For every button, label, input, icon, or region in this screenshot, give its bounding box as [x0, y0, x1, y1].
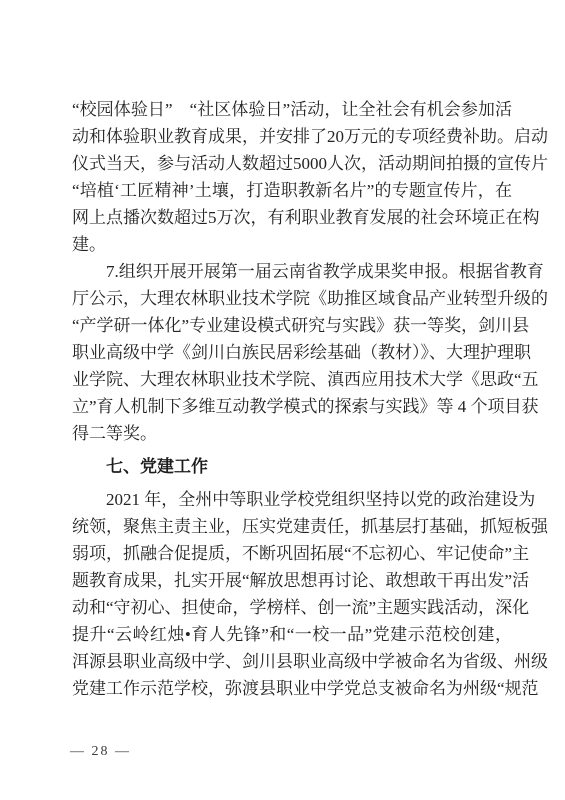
para3-line: 题教育成果，扎实开展“解放思想再讨论、敢想敢干再出发”活: [72, 567, 512, 594]
para2-line: 得二等奖。: [72, 420, 512, 447]
para2-line: 7.组织开展开展第一届云南省教学成果奖申报。根据省教育: [72, 258, 512, 285]
para1-line: 仪式当天，参与活动人数超过5000人次，活动期间拍摄的宣传片: [72, 150, 512, 177]
para2-line: 立”育人机制下多维互动教学模式的探索与实践》等 4 个项目获: [72, 393, 512, 420]
para1-line: 动和体验职业教育成果，并安排了20万元的专项经费补助。启动: [72, 123, 512, 150]
para3-line: 统领，聚焦主责主业，压实党建责任，抓基层打基础，抓短板强: [72, 513, 512, 540]
para1-line: 建。: [72, 231, 512, 258]
document-page: “校园体验日” “社区体验日”活动，让全社会有机会参加活 动和体验职业教育成果，…: [0, 0, 565, 800]
para2-line: 职业高级中学《剑川白族民居彩绘基础（教材）》、大理护理职: [72, 339, 512, 366]
para2-line: 业学院、大理农林职业技术学院、滇西应用技术大学《思政“五: [72, 366, 512, 393]
para3-line: 党建工作示范学校，弥渡县职业中学党总支被命名为州级“规范: [72, 675, 512, 702]
document-body: “校园体验日” “社区体验日”活动，让全社会有机会参加活 动和体验职业教育成果，…: [72, 96, 512, 702]
para3-line: 提升“云岭红烛•育人先锋”和“一校一品”党建示范校创建，: [72, 621, 512, 648]
page-number: — 28 —: [70, 742, 131, 762]
para1-line: 网上点播次数超过5万次，有利职业教育发展的社会环境正在构: [72, 204, 512, 231]
para1-line: “校园体验日” “社区体验日”活动，让全社会有机会参加活: [72, 96, 512, 123]
para3-line: 弱项，抓融合促提质，不断巩固拓展“不忘初心、牢记使命”主: [72, 540, 512, 567]
para3-line: 2021 年，全州中等职业学校党组织坚持以党的政治建设为: [72, 486, 512, 513]
para3-line: 动和“守初心、担使命，学榜样、创一流”主题实践活动，深化: [72, 594, 512, 621]
para1-line: “培植‘工匠精神’土壤，打造职教新名片”的专题宣传片，在: [72, 177, 512, 204]
para2-line: “产学研一体化”专业建设模式研究与实践》获一等奖，剑川县: [72, 312, 512, 339]
para2-line: 厅公示，大理农林职业技术学院《助推区域食品产业转型升级的: [72, 285, 512, 312]
para3-line: 洱源县职业高级中学、剑川县职业高级中学被命名为省级、州级: [72, 648, 512, 675]
section-heading: 七、党建工作: [72, 453, 512, 480]
